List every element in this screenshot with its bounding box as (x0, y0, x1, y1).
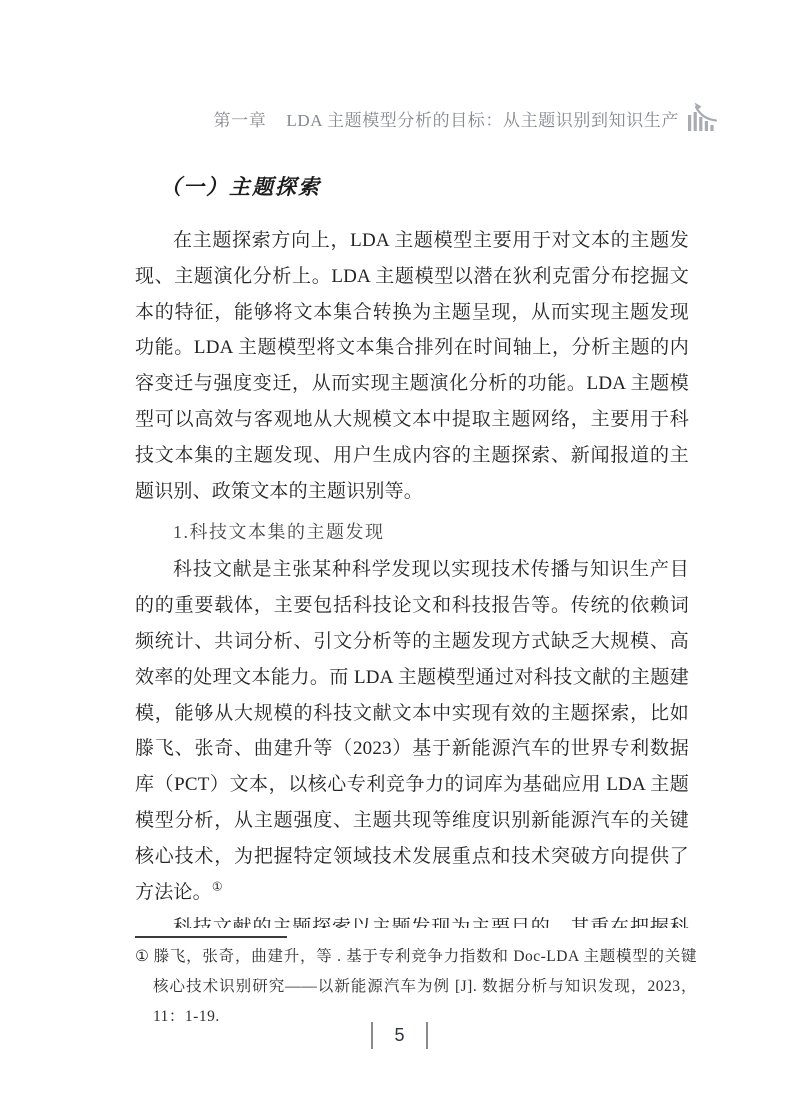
folio-right-bar (426, 1022, 428, 1049)
running-head-title: LDA 主题模型分析的目标：从主题识别到知识生产 (286, 106, 679, 131)
folio-left-bar (371, 1022, 373, 1049)
footnote-text: 滕飞，张奇，曲建升，等 . 基于专利竞争力指数和 Doc-LDA 主题模型的关键… (153, 948, 697, 1025)
page-footer: 5 (0, 1022, 799, 1049)
footnote-divider (135, 936, 287, 938)
paragraph-sci-literature-text: 科技文献是主张某种科学发现以实现技术传播与知识生产目的的重要载体，主要包括科技论… (135, 559, 689, 902)
chapter-label: 第一章 (214, 106, 267, 131)
footnote-reference-mark: ① (212, 879, 223, 893)
subsection-heading: 1.科技文本集的主题发现 (135, 518, 689, 546)
paragraph-topic-exploration: 在主题探索方向上，LDA 主题模型主要用于对文本的主题发现、主题演化分析上。LD… (135, 223, 689, 509)
section-heading: （一）主题探索 (135, 172, 689, 202)
footnote-marker: ① (135, 948, 150, 965)
main-text-column: （一）主题探索 在主题探索方向上，LDA 主题模型主要用于对文本的主题发现、主题… (135, 168, 689, 928)
running-head: 第一章 LDA 主题模型分析的目标：从主题识别到知识生产 (0, 100, 721, 136)
footnote: ①滕飞，张奇，曲建升，等 . 基于专利竞争力指数和 Doc-LDA 主题模型的关… (135, 942, 697, 1032)
paragraph-topic-discovery: 科技文献的主题探索以主题发现为主要目的，其重在把握科技主题的动态发展规律。在科技… (135, 910, 689, 928)
paragraph-sci-literature: 科技文献是主张某种科学发现以实现技术传播与知识生产目的的重要载体，主要包括科技论… (135, 552, 689, 910)
declining-bar-chart-icon (685, 100, 721, 136)
document-page: 第一章 LDA 主题模型分析的目标：从主题识别到知识生产 （一）主题探索 在主题… (0, 0, 799, 1118)
page-number: 5 (394, 1025, 404, 1046)
